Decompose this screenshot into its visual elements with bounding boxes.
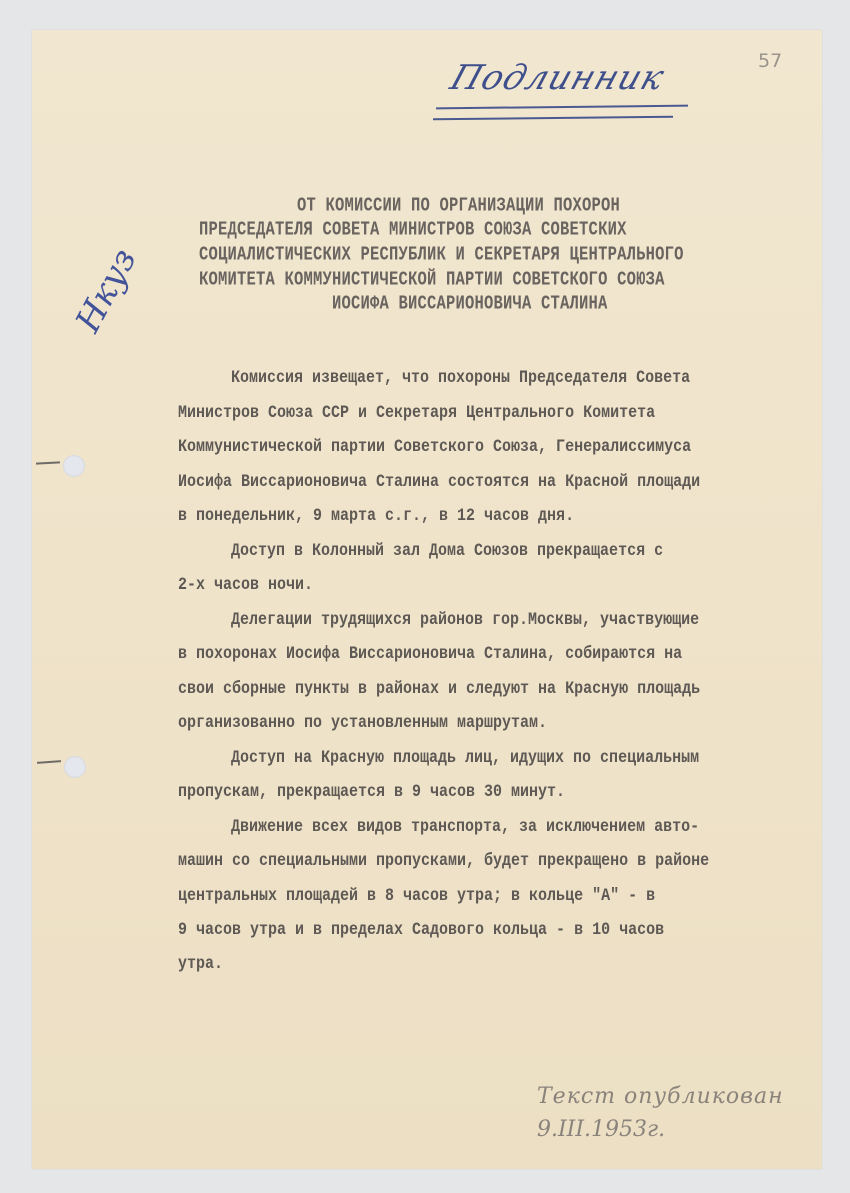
- body-line-15: машин со специальными пропусками, будет …: [178, 851, 709, 871]
- body-line-14: Движение всех видов транспорта, за исклю…: [231, 817, 699, 837]
- punch-hole-2: [64, 756, 86, 778]
- body-line-6: Доступ в Колонный зал Дома Союзов прекра…: [231, 541, 663, 561]
- handwritten-original-mark: Подлинник: [446, 58, 670, 98]
- body-line-16: центральных площадей в 8 часов утра; в к…: [178, 886, 655, 906]
- body-line-5: в понедельник, 9 марта с.г., в 12 часов …: [178, 506, 574, 526]
- body-line-13: пропускам, прекращается в 9 часов 30 мин…: [178, 782, 565, 802]
- punch-hole-1: [63, 455, 85, 477]
- title-line-4: КОМИТЕТА КОММУНИСТИЧЕСКОЙ ПАРТИИ СОВЕТСК…: [199, 268, 665, 291]
- body-line-4: Иосифа Виссарионовича Сталина состоятся …: [178, 472, 700, 492]
- title-line-1: ОТ КОМИССИИ ПО ОРГАНИЗАЦИИ ПОХОРОН: [297, 194, 620, 217]
- title-line-2: ПРЕДСЕДАТЕЛЯ СОВЕТА МИНИСТРОВ СОЮЗА СОВЕ…: [199, 218, 627, 241]
- body-line-8: Делегации трудящихся районов гор.Москвы,…: [231, 610, 699, 630]
- body-line-12: Доступ на Красную площадь лиц, идущих по…: [231, 748, 699, 768]
- title-line-3: СОЦИАЛИСТИЧЕСКИХ РЕСПУБЛИК И СЕКРЕТАРЯ Ц…: [199, 243, 684, 266]
- body-line-2: Министров Союза ССР и Секретаря Централь…: [178, 403, 655, 423]
- title-line-5: ИОСИФА ВИССАРИОНОВИЧА СТАЛИНА: [332, 292, 608, 315]
- body-line-17: 9 часов утра и в пределах Садового кольц…: [178, 920, 664, 940]
- publication-note-line-1: Текст опубликован: [537, 1084, 784, 1109]
- publication-note-line-2: 9.III.1953г.: [537, 1117, 665, 1142]
- body-line-18: утра.: [178, 954, 223, 974]
- page-number: 57: [758, 50, 782, 72]
- body-line-7: 2-х часов ночи.: [178, 575, 313, 595]
- body-line-9: в похоронах Иосифа Виссарионовича Сталин…: [178, 644, 682, 664]
- body-line-3: Коммунистической партии Советского Союза…: [178, 437, 691, 457]
- body-line-10: свои сборные пункты в районах и следуют …: [178, 679, 700, 699]
- body-line-11: организованно по установленным маршрутам…: [178, 713, 547, 733]
- body-line-1: Комиссия извещает, что похороны Председа…: [231, 368, 690, 388]
